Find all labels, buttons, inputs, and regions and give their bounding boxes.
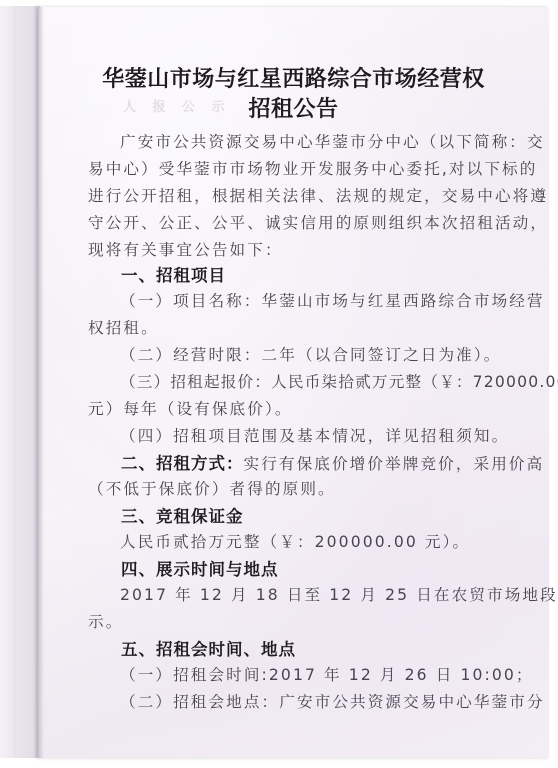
section-2-line: （不低于保底价）者得的原则。 <box>88 477 478 499</box>
section-2-heading-label: 二、招租方式： <box>121 454 244 473</box>
section-heading-1: 一、招租项目 <box>121 262 226 286</box>
section-1-line: （二）经营时限：二年（以合同签订之日为准）。 <box>120 343 510 365</box>
intro-line: 守公开、公正、公平、诚实信用的原则组织本次招租活动， <box>88 211 478 233</box>
section-2-heading-rest: 实行有保底价增价举牌竞价，采用价高 <box>244 455 545 473</box>
document-title-line-1: 华蓥山市场与红星西路综合市场经营权 <box>38 62 549 93</box>
section-heading-5: 五、招租会时间、地点 <box>121 636 296 660</box>
section-1-line: 权招租。 <box>88 316 478 338</box>
document-title-line-2: 招租公告 <box>38 92 549 123</box>
intro-line: 进行公开招租，根据相关法律、法规的规定，交易中心将遵 <box>88 184 478 206</box>
spine-fold-line <box>14 6 16 758</box>
intro-line: 广安市公共资源交易中心华蓥市分中心（以下简称：交 <box>120 130 510 152</box>
intro-line: 易中心）受华蓥市市场物业开发服务中心委托,对以下标的 <box>88 157 478 179</box>
section-heading-4: 四、展示时间与地点 <box>121 556 279 580</box>
section-1-line: （四）招租项目范围及基本情况，详见招租须知。 <box>120 424 510 446</box>
section-4-line: 2017 年 12 月 18 日至 12 月 25 日在农贸市场地段现场展 <box>120 583 510 605</box>
section-heading-3: 三、竞租保证金 <box>121 503 244 527</box>
section-1-line: 元）每年（设有保底价）。 <box>88 397 478 419</box>
section-4-line: 示。 <box>88 610 478 632</box>
binding-spine <box>0 6 40 758</box>
section-heading-2: 二、招租方式：实行有保底价增价举牌竞价，采用价高 <box>121 450 544 474</box>
section-5-line: （二）招租会地点：广安市公共资源交易中心华蓥市分 <box>120 690 510 712</box>
section-1-line: （三）招租起报价：人民币柒拾贰万元整（￥：720000.00 <box>120 370 510 392</box>
section-3-line: 人民币贰拾万元整（￥：200000.00 元）。 <box>120 530 510 552</box>
section-1-line: （一）项目名称：华蓥山市场与红星西路综合市场经营 <box>120 289 510 311</box>
section-5-line: （一）招租会时间:2017 年 12 月 26 日 10:00； <box>120 663 510 685</box>
intro-line: 现将有关事宜公告如下： <box>88 238 478 260</box>
